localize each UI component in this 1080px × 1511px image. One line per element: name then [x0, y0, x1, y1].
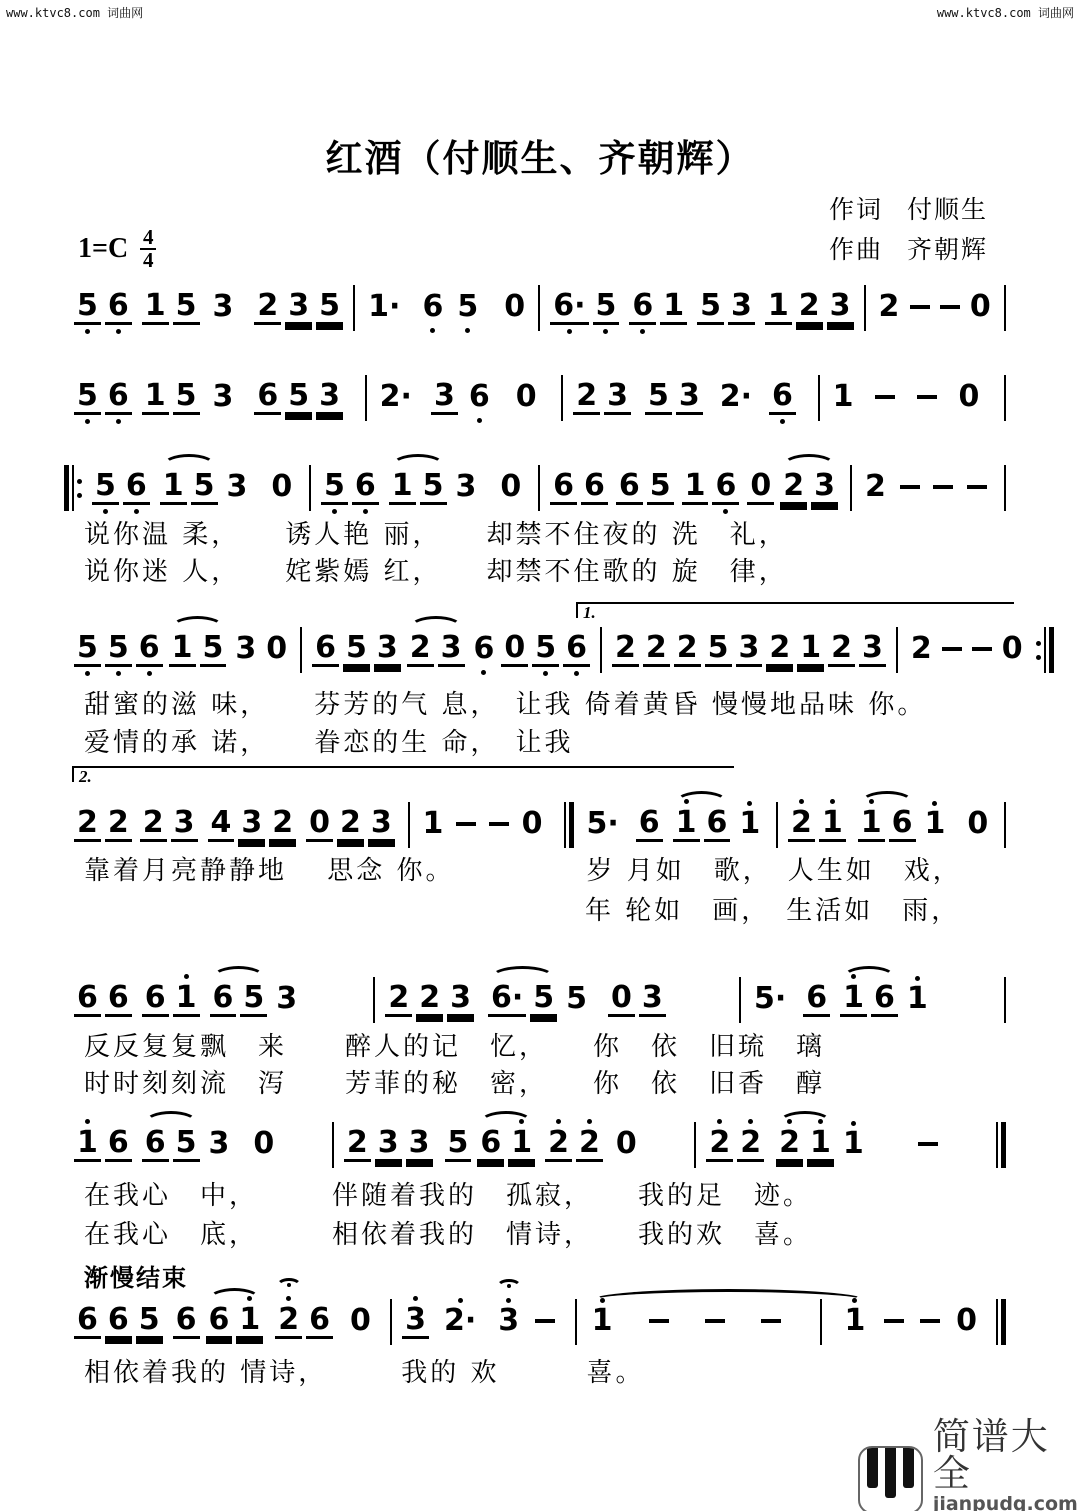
- duration-dash: [532, 1296, 558, 1348]
- note: 5: [563, 974, 590, 1026]
- note: 6: [105, 281, 132, 336]
- slur-arc: 11: [587, 1296, 871, 1348]
- note: 3: [827, 281, 854, 336]
- note: 6: [769, 371, 796, 426]
- note: 5: [705, 623, 732, 678]
- slur-arc: 21: [774, 1118, 836, 1173]
- note: 3: [811, 461, 838, 516]
- note: 5: [532, 623, 559, 678]
- octave-dot: [640, 329, 645, 334]
- duration-dash: [872, 372, 898, 424]
- note: 6: [105, 371, 132, 426]
- note: 6: [254, 371, 281, 426]
- note: 1: [842, 1296, 869, 1348]
- barline: [1004, 465, 1006, 511]
- note: 6: [306, 1295, 333, 1350]
- piano-black-key: [867, 1448, 878, 1488]
- slur-arc: 65: [140, 1118, 202, 1173]
- octave-dot: [413, 1296, 418, 1301]
- barline: [864, 285, 866, 331]
- music-system: 16653023356122022211: [72, 1117, 1014, 1173]
- slur-arc: 23: [405, 623, 467, 678]
- octave-dot: [116, 419, 121, 424]
- octave-dot: [780, 419, 785, 424]
- volta-label: 2.: [79, 767, 92, 787]
- note: 2: [706, 1118, 733, 1173]
- note: 2·: [717, 372, 755, 424]
- barline: [300, 627, 302, 673]
- octave-dot: [787, 1119, 792, 1124]
- site-logo-text: 简谱大全 jianpudq.com: [933, 1418, 1080, 1511]
- note: 1: [142, 281, 169, 336]
- rest-note: 0: [953, 1296, 980, 1348]
- note: 6: [871, 973, 898, 1028]
- music-system: 2223432023105·6161211610: [72, 797, 1014, 853]
- note: 2: [337, 798, 364, 853]
- duration-dash: [646, 1296, 672, 1348]
- slur-arc: 6·5: [486, 973, 559, 1028]
- note: 6: [74, 1295, 101, 1350]
- rest-note: 0: [306, 798, 333, 853]
- note: 2: [908, 624, 935, 676]
- note: 6: [477, 1118, 504, 1173]
- duration-dash: [907, 282, 933, 334]
- note: 3: [453, 462, 480, 514]
- octave-dot: [915, 976, 920, 981]
- barline: [538, 285, 540, 331]
- volta-label: 1.: [583, 603, 596, 623]
- octave-dot: [574, 671, 579, 676]
- note: 6: [616, 461, 643, 516]
- octave-dot: [184, 974, 189, 979]
- duration-dash: [758, 1296, 784, 1348]
- barline: [365, 375, 367, 421]
- rest-note: 0: [250, 1119, 277, 1171]
- octave-dot: [465, 328, 470, 333]
- note: 2: [780, 461, 807, 516]
- note: 6: [466, 372, 493, 424]
- barline: [332, 1122, 334, 1168]
- note: 2: [796, 281, 823, 336]
- barline: [820, 1299, 822, 1345]
- octave-dot: [286, 1296, 291, 1301]
- note: 6: [210, 973, 237, 1028]
- note: 1: [389, 461, 416, 516]
- note: 2: [776, 1118, 803, 1173]
- octave-dot: [869, 799, 874, 804]
- note: 3: [368, 798, 395, 853]
- piano-black-key: [885, 1448, 896, 1498]
- note: 5: [74, 371, 101, 426]
- barline: [64, 465, 82, 511]
- note: 1: [236, 1295, 263, 1350]
- octave-dot: [85, 329, 90, 334]
- note: 3: [238, 798, 265, 853]
- rest-note: 0: [999, 624, 1026, 676]
- barline: [776, 802, 778, 848]
- duration-dash: [937, 282, 963, 334]
- barline: [600, 627, 602, 673]
- duration-dash: [486, 799, 512, 851]
- octave-dot: [851, 1121, 856, 1126]
- note: 5: [200, 623, 227, 678]
- note: 1: [173, 973, 200, 1028]
- music-system: 561532351·6506·5615312320: [72, 280, 1014, 336]
- fermata-icon: [496, 1279, 522, 1296]
- note: 2: [275, 1295, 302, 1350]
- barline: [996, 1299, 1006, 1345]
- note: 2: [766, 623, 793, 678]
- note: 5: [445, 1118, 472, 1173]
- note: 3: [406, 1118, 433, 1173]
- lyrics-line: 在我心 中， 伴随着我的 孤寂， 我的足 迹。: [84, 1175, 812, 1212]
- note: 3: [676, 371, 703, 426]
- note: 1: [142, 371, 169, 426]
- barline: [564, 802, 574, 848]
- note: 5: [285, 371, 312, 426]
- note: 5: [343, 623, 370, 678]
- barline: [373, 977, 375, 1023]
- barline: [1004, 977, 1006, 1023]
- note: 1·: [365, 282, 403, 334]
- note: 3: [171, 798, 198, 853]
- note: 5: [173, 1118, 200, 1173]
- lyrics-line: 说你温 柔， 诱人艳 丽， 却禁不住夜的 洗 礼，: [84, 514, 788, 551]
- octave-dot: [77, 479, 82, 484]
- lyrics-line: 相依着我的 情诗， 我的 欢 喜。: [84, 1352, 645, 1389]
- note: 5: [697, 281, 724, 336]
- site-logo: 简谱大全 jianpudq.com: [858, 1418, 1080, 1511]
- note: 5: [92, 461, 119, 516]
- note: 3: [316, 371, 343, 426]
- note: 6: [74, 973, 101, 1028]
- note: 2: [344, 1118, 371, 1173]
- note: 1: [922, 799, 949, 851]
- duration-dash: [914, 372, 940, 424]
- note: 5: [420, 461, 447, 516]
- octave-dot: [543, 671, 548, 676]
- note: 1: [765, 281, 792, 336]
- note: 3: [736, 623, 763, 678]
- note: 1: [797, 623, 824, 678]
- slur-arc: 61: [475, 1118, 537, 1173]
- note: 3: [206, 1119, 233, 1171]
- note: 2: [576, 1118, 603, 1173]
- note: 5: [454, 282, 481, 334]
- barline: [694, 1122, 696, 1168]
- note: 5: [136, 1295, 163, 1350]
- slur-arc: 61: [204, 1295, 266, 1350]
- lyrics-line: 在我心 底， 相依着我的 情诗， 我的欢 喜。: [84, 1214, 812, 1251]
- octave-dot: [587, 1119, 592, 1124]
- note: 5·: [584, 799, 622, 851]
- lyrics-line: 爱情的承 诺， 眷恋的生 命， 让我: [84, 722, 574, 759]
- barline: [575, 1299, 577, 1345]
- note: 6: [581, 461, 608, 516]
- duration-dash: [917, 1296, 943, 1348]
- slur-arc: 16: [671, 798, 733, 853]
- note: 5·: [751, 974, 789, 1026]
- note: 3: [859, 623, 886, 678]
- note: 3: [210, 372, 237, 424]
- note: 2: [74, 798, 101, 853]
- octave-dot: [567, 329, 572, 334]
- duration-dash: [897, 462, 923, 514]
- note: 5: [74, 623, 101, 678]
- note: 6: [312, 623, 339, 678]
- note: 1: [830, 372, 857, 424]
- octave-dot: [556, 1119, 561, 1124]
- rest-note: 0: [263, 624, 290, 676]
- note: 1: [160, 461, 187, 516]
- note: 4: [208, 798, 235, 853]
- note: 3: [728, 281, 755, 336]
- note: 1: [736, 799, 763, 851]
- note: 1: [169, 623, 196, 678]
- rest-note: 0: [747, 461, 774, 516]
- note: 1: [420, 799, 447, 851]
- note: 2: [269, 798, 296, 853]
- rest-note: 0: [501, 282, 528, 334]
- note: 2: [140, 798, 167, 853]
- note: 6: [123, 461, 150, 516]
- note: 6: [136, 623, 163, 678]
- barline: [818, 375, 820, 421]
- note: 3: [375, 1118, 402, 1173]
- note: 1: [858, 798, 885, 853]
- volta-bracket: 2.: [72, 766, 734, 782]
- note: 5: [647, 461, 674, 516]
- note: 5: [316, 281, 343, 336]
- note: 3: [495, 1296, 522, 1348]
- music-system: 5615305615306665160232: [56, 460, 1014, 516]
- note: 3: [273, 974, 300, 1026]
- octave-dot: [430, 328, 435, 333]
- note: 5: [593, 281, 620, 336]
- note: 1: [819, 798, 846, 853]
- note: 6·: [550, 281, 588, 336]
- note: 3: [374, 623, 401, 678]
- octave-dot: [747, 801, 752, 806]
- note: 6: [105, 1118, 132, 1173]
- slur-arc: 65: [208, 973, 270, 1028]
- octave-dot: [519, 1119, 524, 1124]
- note: 6: [105, 1295, 132, 1350]
- note: 6: [105, 973, 132, 1028]
- note: 6: [704, 798, 731, 853]
- octave-dot: [603, 329, 608, 334]
- music-system: 66566126032·3110: [72, 1294, 1014, 1350]
- octave-dot: [799, 799, 804, 804]
- barline: [1004, 802, 1006, 848]
- note: 5: [645, 371, 672, 426]
- octave-dot: [458, 1298, 463, 1303]
- octave-dot: [247, 1296, 252, 1301]
- note: 6: [550, 461, 577, 516]
- note: 3: [604, 371, 631, 426]
- note: 1: [589, 1296, 616, 1348]
- site-url: jianpudq.com: [933, 1495, 1080, 1511]
- octave-dot: [116, 671, 121, 676]
- note: 6: [206, 1295, 233, 1350]
- note: 3: [431, 371, 458, 426]
- music-system: 556153065323605622253212320: [72, 622, 1014, 678]
- octave-dot: [851, 974, 856, 979]
- duration-dash: [964, 462, 990, 514]
- rest-note: 0: [955, 372, 982, 424]
- octave-dot: [1036, 655, 1041, 660]
- octave-dot: [147, 671, 152, 676]
- barline: [896, 627, 898, 673]
- slur-arc: 15: [167, 623, 229, 678]
- octave-dot: [1036, 641, 1041, 646]
- octave-dot: [85, 419, 90, 424]
- note: 5: [530, 973, 557, 1028]
- barline: [1036, 627, 1054, 673]
- note: 5: [321, 461, 348, 516]
- site-name: 简谱大全: [933, 1418, 1080, 1492]
- octave-dot: [116, 329, 121, 334]
- note: 2: [573, 371, 600, 426]
- note: 3: [639, 973, 666, 1028]
- barline: [850, 465, 852, 511]
- rest-note: 0: [513, 372, 540, 424]
- rest-note: 0: [964, 799, 991, 851]
- barline: [408, 802, 410, 848]
- lyrics-line: 年 轮如 画， 生活如 雨，: [585, 890, 960, 927]
- lyrics-line: 说你迷 人， 姹紫嫣 红， 却禁不住歌的 旋 律，: [84, 551, 788, 588]
- note: 2: [643, 623, 670, 678]
- duration-dash: [969, 624, 995, 676]
- note: 2: [407, 623, 434, 678]
- octave-dot: [717, 1119, 722, 1124]
- duration-dash: [702, 1296, 728, 1348]
- barline: [561, 375, 563, 421]
- note: 1: [673, 798, 700, 853]
- note: 6: [173, 1295, 200, 1350]
- note: 2: [876, 282, 903, 334]
- octave-dot: [818, 1119, 823, 1124]
- note: 5: [74, 281, 101, 336]
- note: 6: [563, 623, 590, 678]
- barline: [739, 977, 741, 1023]
- rest-note: 0: [347, 1296, 374, 1348]
- note: 6: [352, 461, 379, 516]
- barline: [996, 1122, 1006, 1168]
- note: 6: [803, 973, 830, 1028]
- octave-dot: [852, 1298, 857, 1303]
- note: 6: [419, 282, 446, 334]
- octave-dot: [85, 671, 90, 676]
- octave-dot: [85, 1119, 90, 1124]
- music-system: 66616532236·55035·6161: [72, 972, 1014, 1028]
- duration-dash: [453, 799, 479, 851]
- lyrics-line: 反反复复飘 来 醉人的记 忆， 你 依 旧琉 璃: [84, 1026, 825, 1063]
- piano-keys-icon: [858, 1446, 923, 1511]
- note: 1: [904, 974, 931, 1026]
- slur-arc: 16: [856, 798, 918, 853]
- note: 1: [74, 1118, 101, 1173]
- note: 2: [105, 798, 132, 853]
- duration-dash: [930, 462, 956, 514]
- note: 6: [629, 281, 656, 336]
- piano-black-key: [903, 1448, 914, 1488]
- note: 1: [840, 973, 867, 1028]
- note: 2: [674, 623, 701, 678]
- barline: [1004, 285, 1006, 331]
- tempo-marking: 渐慢结束: [84, 1258, 188, 1293]
- volta-bracket: 1.: [576, 602, 1014, 618]
- note: 2: [416, 973, 443, 1028]
- slur-arc: 15: [158, 461, 220, 516]
- note: 2·: [441, 1296, 479, 1348]
- note: 5: [105, 623, 132, 678]
- rest-note: 0: [608, 973, 635, 1028]
- note: 3: [210, 282, 237, 334]
- octave-dot: [77, 493, 82, 498]
- duration-dash: [881, 1296, 907, 1348]
- note: 6: [636, 798, 663, 853]
- octave-dot: [506, 1298, 511, 1303]
- note: 5: [240, 973, 267, 1028]
- note: 1: [840, 1119, 867, 1171]
- note: 1: [508, 1118, 535, 1173]
- note: 6: [471, 624, 498, 676]
- octave-dot: [481, 670, 486, 675]
- fermata-icon: [276, 1278, 302, 1295]
- slur-arc: 23: [778, 461, 840, 516]
- octave-dot: [477, 418, 482, 423]
- note: 2: [788, 798, 815, 853]
- note: 2·: [377, 372, 415, 424]
- note: 6: [142, 1118, 169, 1173]
- note: 5: [173, 371, 200, 426]
- octave-dot: [748, 1119, 753, 1124]
- lyrics-line: 靠着月亮静静地 思念 你。 岁 月如 歌， 人生如 戏，: [84, 850, 962, 887]
- barline: [390, 1299, 392, 1345]
- note: 6: [889, 798, 916, 853]
- duration-dash: [939, 624, 965, 676]
- note: 2: [862, 462, 889, 514]
- sheet-music-page: { "watermark": {"left": "www.ktvc8.com 词…: [0, 0, 1080, 1511]
- note: 6·: [488, 973, 526, 1028]
- slur-arc: 16: [838, 973, 900, 1028]
- note: 3: [232, 624, 259, 676]
- barline: [353, 285, 355, 331]
- duration-dash: [915, 1119, 941, 1171]
- note: 3: [447, 973, 474, 1028]
- note: 5: [191, 461, 218, 516]
- note: 2: [737, 1118, 764, 1173]
- octave-dot: [932, 801, 937, 806]
- rest-note: 0: [497, 462, 524, 514]
- note: 1: [682, 461, 709, 516]
- octave-dot: [684, 799, 689, 804]
- rest-note: 0: [967, 282, 994, 334]
- note: 1: [660, 281, 687, 336]
- octave-dot: [600, 1298, 605, 1303]
- music-system: 561536532·36023532·610: [72, 370, 1014, 426]
- note: 2: [545, 1118, 572, 1173]
- note: 2: [385, 973, 412, 1028]
- octave-dot: [830, 799, 835, 804]
- note: 2: [828, 623, 855, 678]
- note: 6: [712, 461, 739, 516]
- note: 1: [807, 1118, 834, 1173]
- barline: [309, 465, 311, 511]
- barline: [538, 465, 540, 511]
- rest-note: 0: [613, 1119, 640, 1171]
